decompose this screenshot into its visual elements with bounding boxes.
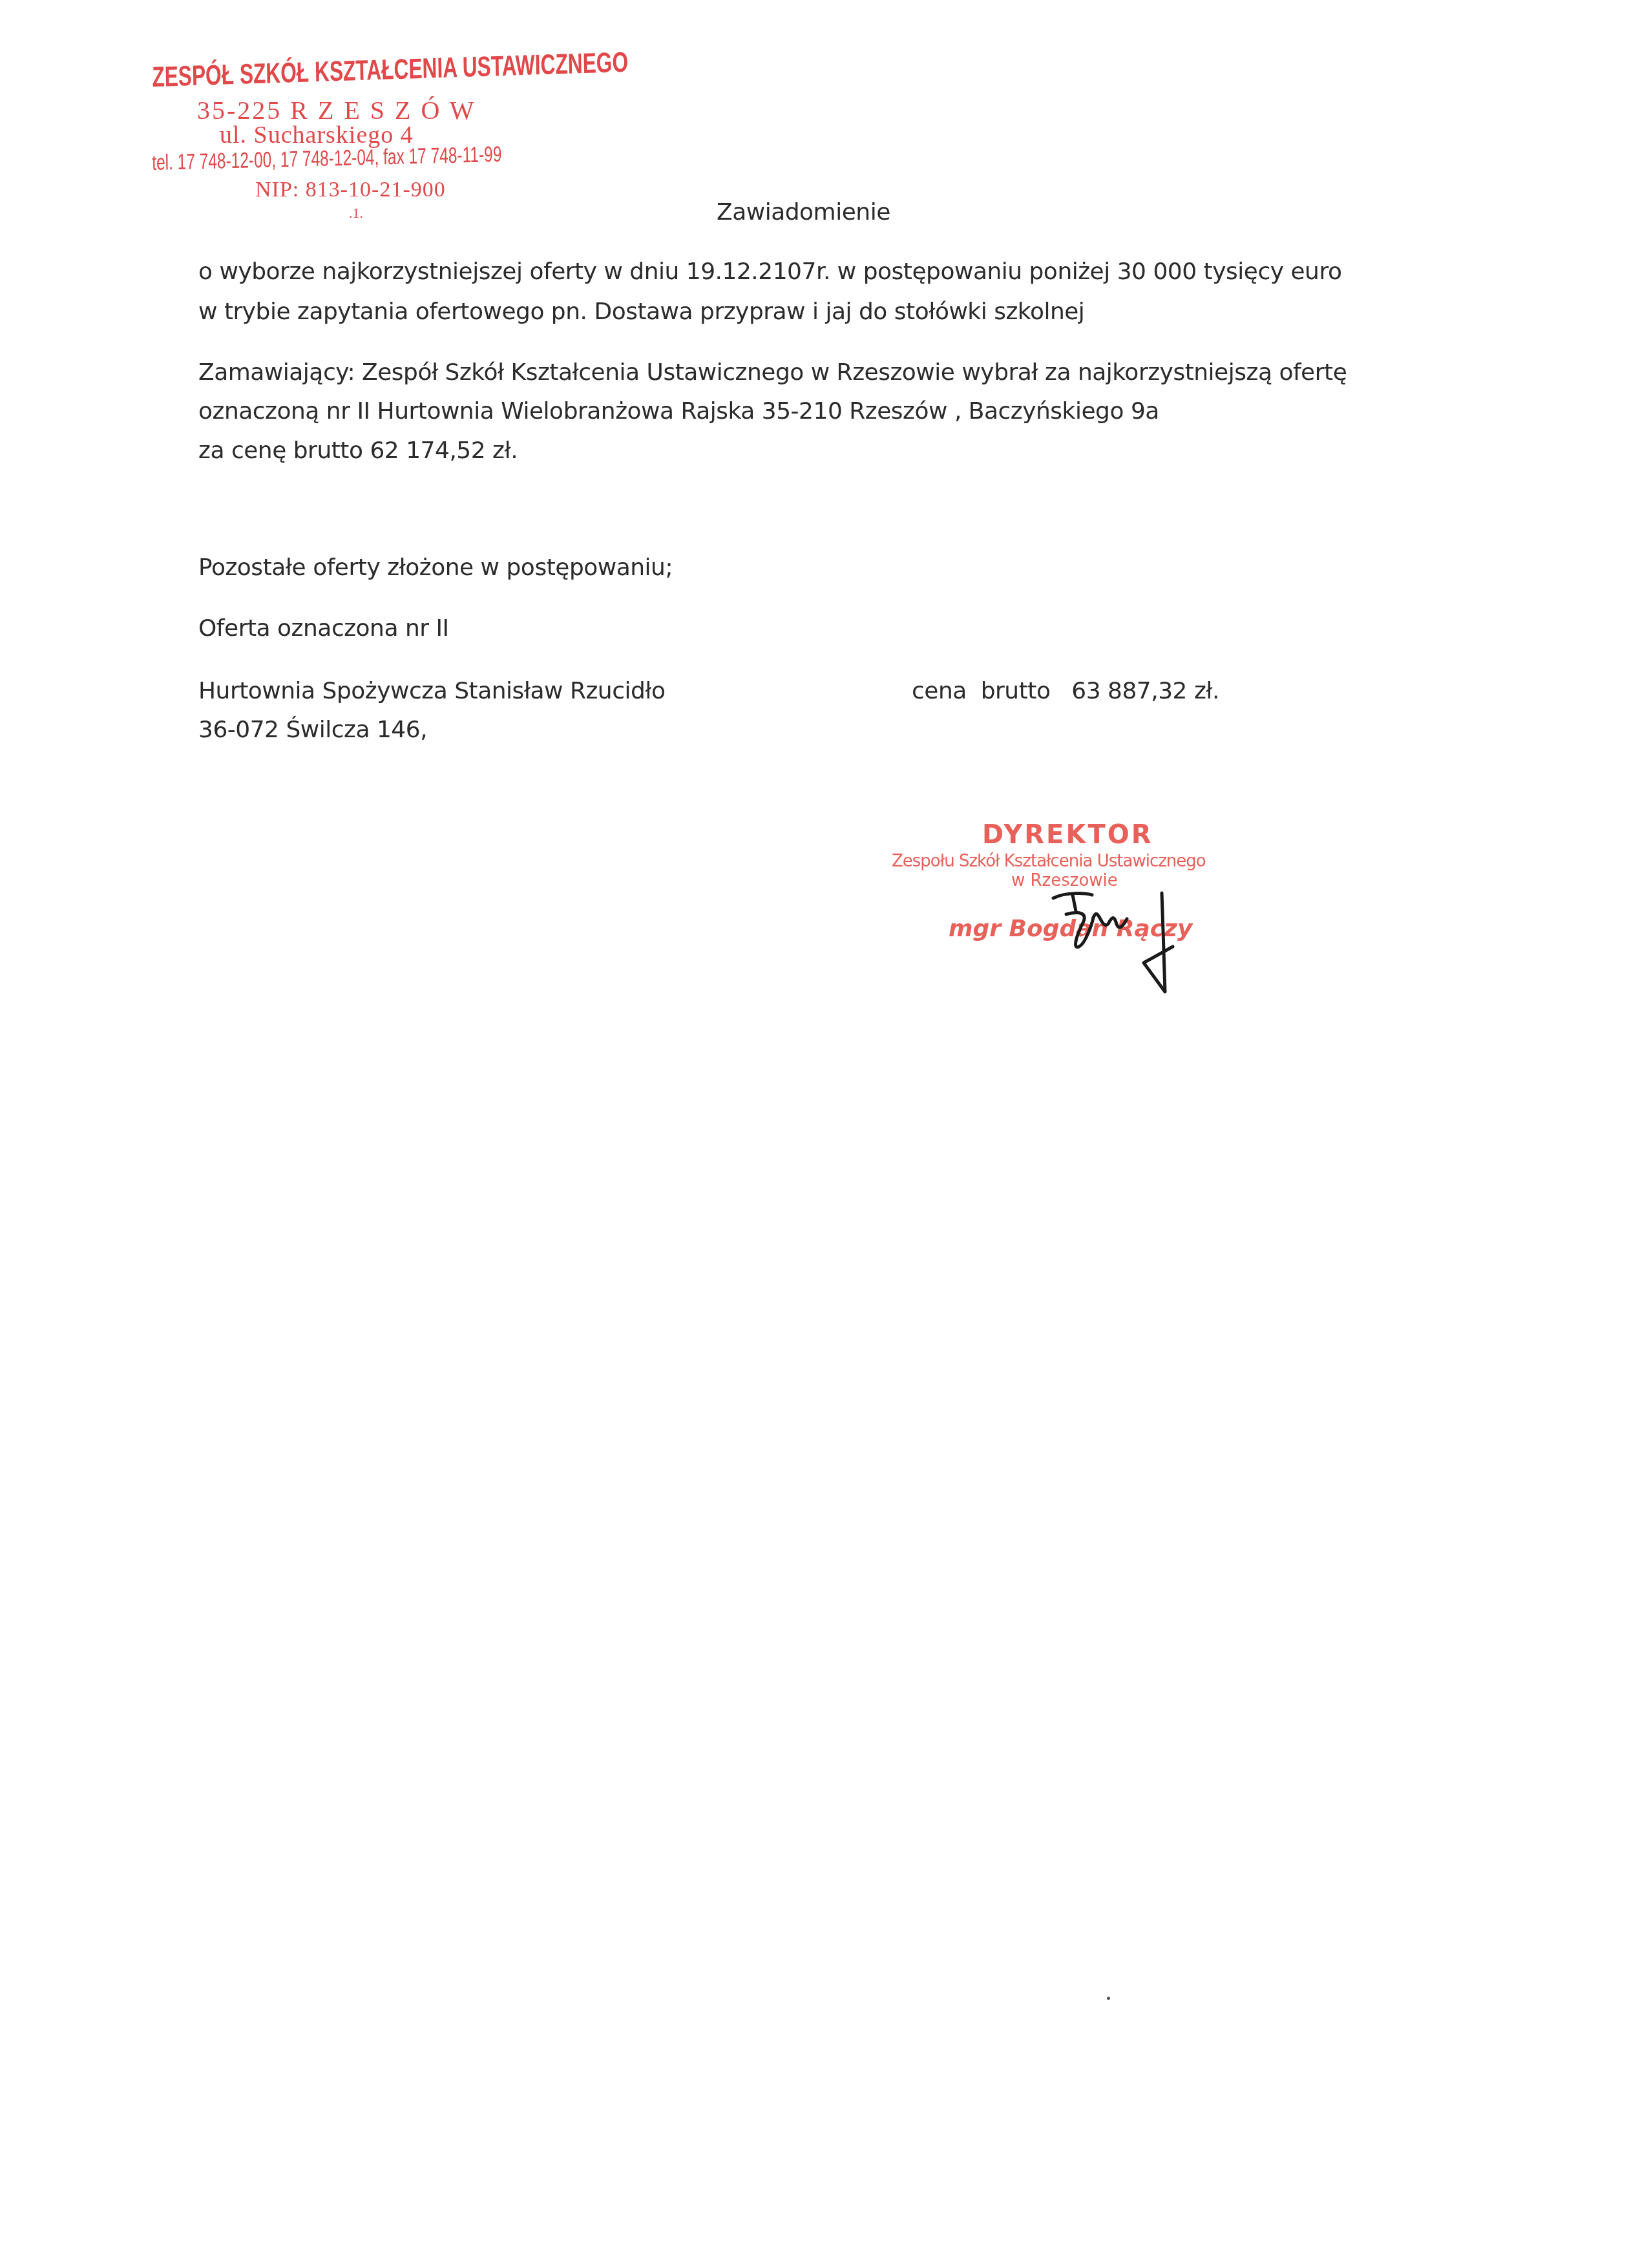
stamp-phone-fax: tel. 17 748-12-00, 17 748-12-04, fax 17 … — [152, 142, 502, 176]
intro-line-1: o wyborze najkorzystniejszej oferty w dn… — [198, 258, 1341, 285]
institution-stamp: ZESPÓŁ SZKÓŁ KSZTAŁCENIA USTAWICZNEGO 35… — [152, 61, 604, 223]
decision-line-2: oznaczoną nr II Hurtownia Wielobranżowa … — [198, 398, 1159, 425]
director-institution: Zespołu Szkół Kształcenia Ustawicznego — [892, 852, 1206, 871]
offer-address: 36-072 Świlcza 146, — [198, 717, 427, 743]
stamp-mark: .1. — [349, 205, 363, 222]
director-title: DYREKTOR — [982, 820, 1153, 850]
decision-line-3: za cenę brutto 62 174,52 zł. — [198, 437, 518, 464]
offer-company-name: Hurtownia Spożywcza Stanisław Rzucidło — [198, 678, 666, 704]
scan-artifact-dot — [1107, 1997, 1110, 2000]
stamp-institution-name: ZESPÓŁ SZKÓŁ KSZTAŁCENIA USTAWICZNEGO — [152, 47, 628, 94]
intro-line-2: w trybie zapytania ofertowego pn. Dostaw… — [198, 299, 1084, 325]
handwritten-signature — [1047, 879, 1189, 995]
document-title: Zawiadomienie — [717, 199, 890, 226]
offer-label: Oferta oznaczona nr II — [198, 615, 449, 642]
decision-line-1: Zamawiający: Zespół Szkół Kształcenia Us… — [198, 359, 1347, 386]
other-offers-heading: Pozostałe oferty złożone w postępowaniu; — [198, 554, 673, 581]
offer-price: cena brutto 63 887,32 zł. — [912, 678, 1219, 704]
stamp-nip: NIP: 813-10-21-900 — [255, 178, 446, 202]
